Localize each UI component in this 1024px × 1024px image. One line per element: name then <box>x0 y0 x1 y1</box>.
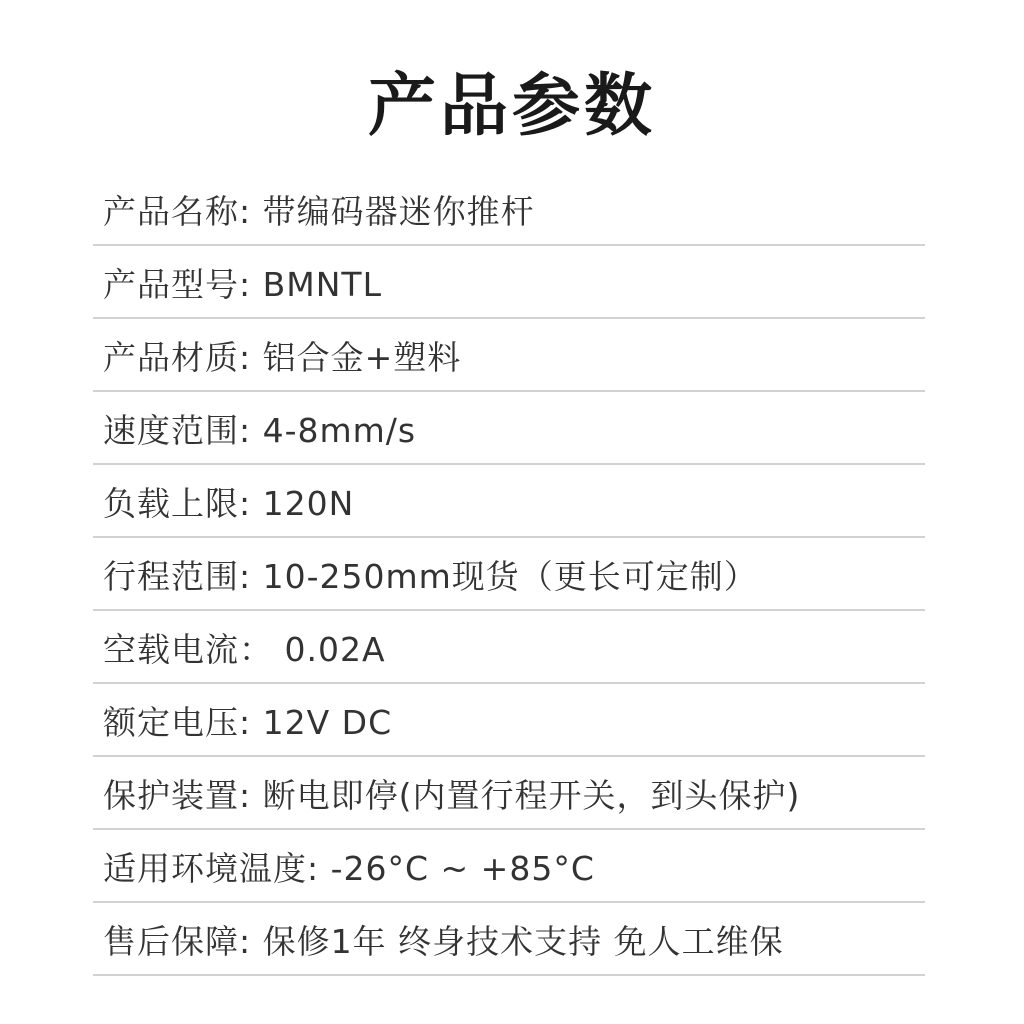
spec-value: 带编码器迷你推杆 <box>263 192 535 231</box>
spec-separator: : <box>307 849 331 888</box>
spec-label: 空载电流 <box>103 630 239 669</box>
spec-value: 断电即停(内置行程开关，到头保护) <box>263 776 801 815</box>
spec-label: 额定电压 <box>103 703 239 742</box>
spec-row-material: 产品材质: 铝合金+塑料 <box>93 319 925 392</box>
spec-row-load: 负载上限: 120N <box>93 465 925 538</box>
spec-row-speed: 速度范围: 4-8mm/s <box>93 392 925 465</box>
spec-row-model: 产品型号: BMNTL <box>93 246 925 319</box>
spec-label: 适用环境温度 <box>103 849 307 888</box>
spec-value: 0.02A <box>285 630 386 669</box>
spec-label: 售后保障 <box>103 922 239 961</box>
spec-value: 10-250mm现货（更长可定制） <box>263 557 758 596</box>
spec-list: 产品名称: 带编码器迷你推杆 产品型号: BMNTL 产品材质: 铝合金+塑料 … <box>93 173 925 976</box>
spec-separator: : <box>239 922 263 961</box>
spec-separator: : <box>239 557 263 596</box>
spec-label: 速度范围 <box>103 411 239 450</box>
spec-separator: : <box>239 776 263 815</box>
spec-row-product-name: 产品名称: 带编码器迷你推杆 <box>93 173 925 246</box>
spec-separator: : <box>239 265 263 304</box>
spec-value: 4-8mm/s <box>263 411 417 450</box>
spec-label: 行程范围 <box>103 557 239 596</box>
spec-label: 产品型号 <box>103 265 239 304</box>
spec-row-protection: 保护装置: 断电即停(内置行程开关，到头保护) <box>93 757 925 830</box>
spec-row-after-sales: 售后保障: 保修1年 终身技术支持 免人工维保 <box>93 903 925 976</box>
spec-label: 产品名称 <box>103 192 239 231</box>
spec-value: 120N <box>263 484 355 523</box>
spec-row-no-load-current: 空载电流： 0.02A <box>93 611 925 684</box>
spec-row-stroke: 行程范围: 10-250mm现货（更长可定制） <box>93 538 925 611</box>
spec-label: 产品材质 <box>103 338 239 377</box>
page-title: 产品参数 <box>0 62 1024 152</box>
spec-label: 保护装置 <box>103 776 239 815</box>
spec-row-rated-voltage: 额定电压: 12V DC <box>93 684 925 757</box>
spec-value: BMNTL <box>263 265 382 304</box>
spec-separator: ： <box>239 630 285 669</box>
spec-separator: : <box>239 411 263 450</box>
spec-separator: : <box>239 338 263 377</box>
spec-value: -26°C ~ +85°C <box>331 849 595 888</box>
spec-separator: : <box>239 703 263 742</box>
spec-separator: : <box>239 484 263 523</box>
spec-value: 12V DC <box>263 703 393 742</box>
spec-row-temperature: 适用环境温度: -26°C ~ +85°C <box>93 830 925 903</box>
spec-label: 负载上限 <box>103 484 239 523</box>
spec-value: 保修1年 终身技术支持 免人工维保 <box>263 922 784 961</box>
spec-separator: : <box>239 192 263 231</box>
spec-value: 铝合金+塑料 <box>263 338 462 377</box>
